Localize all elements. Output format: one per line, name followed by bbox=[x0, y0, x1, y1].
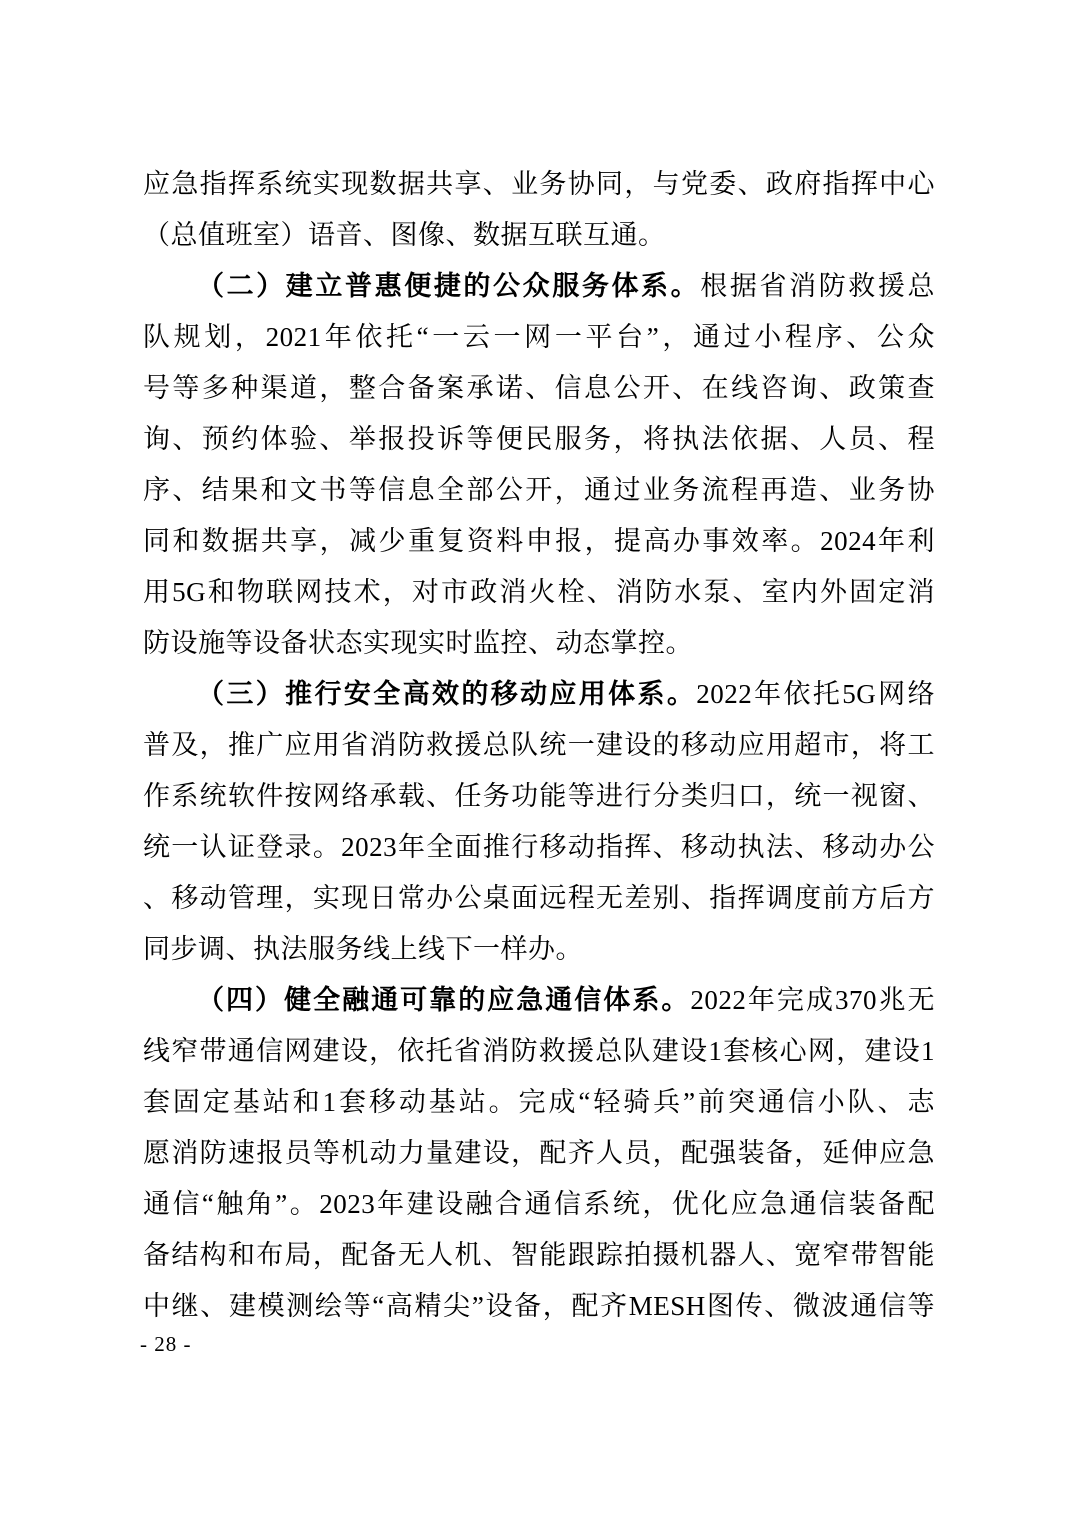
text-line: 序、结果和文书等信息全部公开，通过业务流程再造、业务协 bbox=[143, 465, 935, 516]
text-line: 备结构和布局，配备无人机、智能跟踪拍摄机器人、宽窄带智能 bbox=[143, 1230, 935, 1281]
document-text-block: 应急指挥系统实现数据共享、业务协同，与党委、政府指挥中心 （总值班室）语音、图像… bbox=[143, 159, 935, 1332]
text-line: 、移动管理，实现日常办公桌面远程无差别、指挥调度前方后方 bbox=[143, 873, 935, 924]
text-line: 作系统软件按网络承载、任务功能等进行分类归口，统一视窗、 bbox=[143, 771, 935, 822]
text-line: 询、预约体验、举报投诉等便民服务，将执法依据、人员、程 bbox=[143, 414, 935, 465]
text-line: 中继、建模测绘等“高精尖”设备，配齐MESH图传、微波通信等 bbox=[143, 1281, 935, 1332]
text-line: 用5G和物联网技术，对市政消火栓、消防水泵、室内外固定消 bbox=[143, 567, 935, 618]
text-line: 同步调、执法服务线上线下一样办。 bbox=[143, 924, 935, 975]
text-run: 根据省消防救援总 bbox=[700, 271, 935, 301]
section-heading: （四）健全融通可靠的应急通信体系。 bbox=[197, 985, 690, 1015]
text-line: 线窄带通信网建设，依托省消防救援总队建设1套核心网，建设1 bbox=[143, 1026, 935, 1077]
text-line: 应急指挥系统实现数据共享、业务协同，与党委、政府指挥中心 bbox=[143, 159, 935, 210]
text-line: 号等多种渠道，整合备案承诺、信息公开、在线咨询、政策查 bbox=[143, 363, 935, 414]
text-line: 防设施等设备状态实现实时监控、动态掌控。 bbox=[143, 618, 935, 669]
text-run: 2022年依托5G网络 bbox=[696, 679, 935, 709]
text-line: （三）推行安全高效的移动应用体系。2022年依托5G网络 bbox=[143, 669, 935, 720]
text-line: （二）建立普惠便捷的公众服务体系。根据省消防救援总 bbox=[143, 261, 935, 312]
text-line: 同和数据共享，减少重复资料申报，提高办事效率。2024年利 bbox=[143, 516, 935, 567]
text-line: 通信“触角”。2023年建设融合通信系统，优化应急通信装备配 bbox=[143, 1179, 935, 1230]
text-run: 2022年完成370兆无 bbox=[690, 985, 935, 1015]
text-line: 套固定基站和1套移动基站。完成“轻骑兵”前突通信小队、志 bbox=[143, 1077, 935, 1128]
document-page: 应急指挥系统实现数据共享、业务协同，与党委、政府指挥中心 （总值班室）语音、图像… bbox=[0, 0, 1074, 1520]
section-heading: （二）建立普惠便捷的公众服务体系。 bbox=[197, 271, 700, 301]
text-line: （总值班室）语音、图像、数据互联互通。 bbox=[143, 210, 935, 261]
text-line: 队规划，2021年依托“一云一网一平台”，通过小程序、公众 bbox=[143, 312, 935, 363]
text-line: （四）健全融通可靠的应急通信体系。2022年完成370兆无 bbox=[143, 975, 935, 1026]
page-number: - 28 - bbox=[140, 1330, 192, 1358]
text-line: 普及，推广应用省消防救援总队统一建设的移动应用超市，将工 bbox=[143, 720, 935, 771]
text-line: 愿消防速报员等机动力量建设，配齐人员，配强装备，延伸应急 bbox=[143, 1128, 935, 1179]
section-heading: （三）推行安全高效的移动应用体系。 bbox=[197, 679, 696, 709]
text-line: 统一认证登录。2023年全面推行移动指挥、移动执法、移动办公 bbox=[143, 822, 935, 873]
